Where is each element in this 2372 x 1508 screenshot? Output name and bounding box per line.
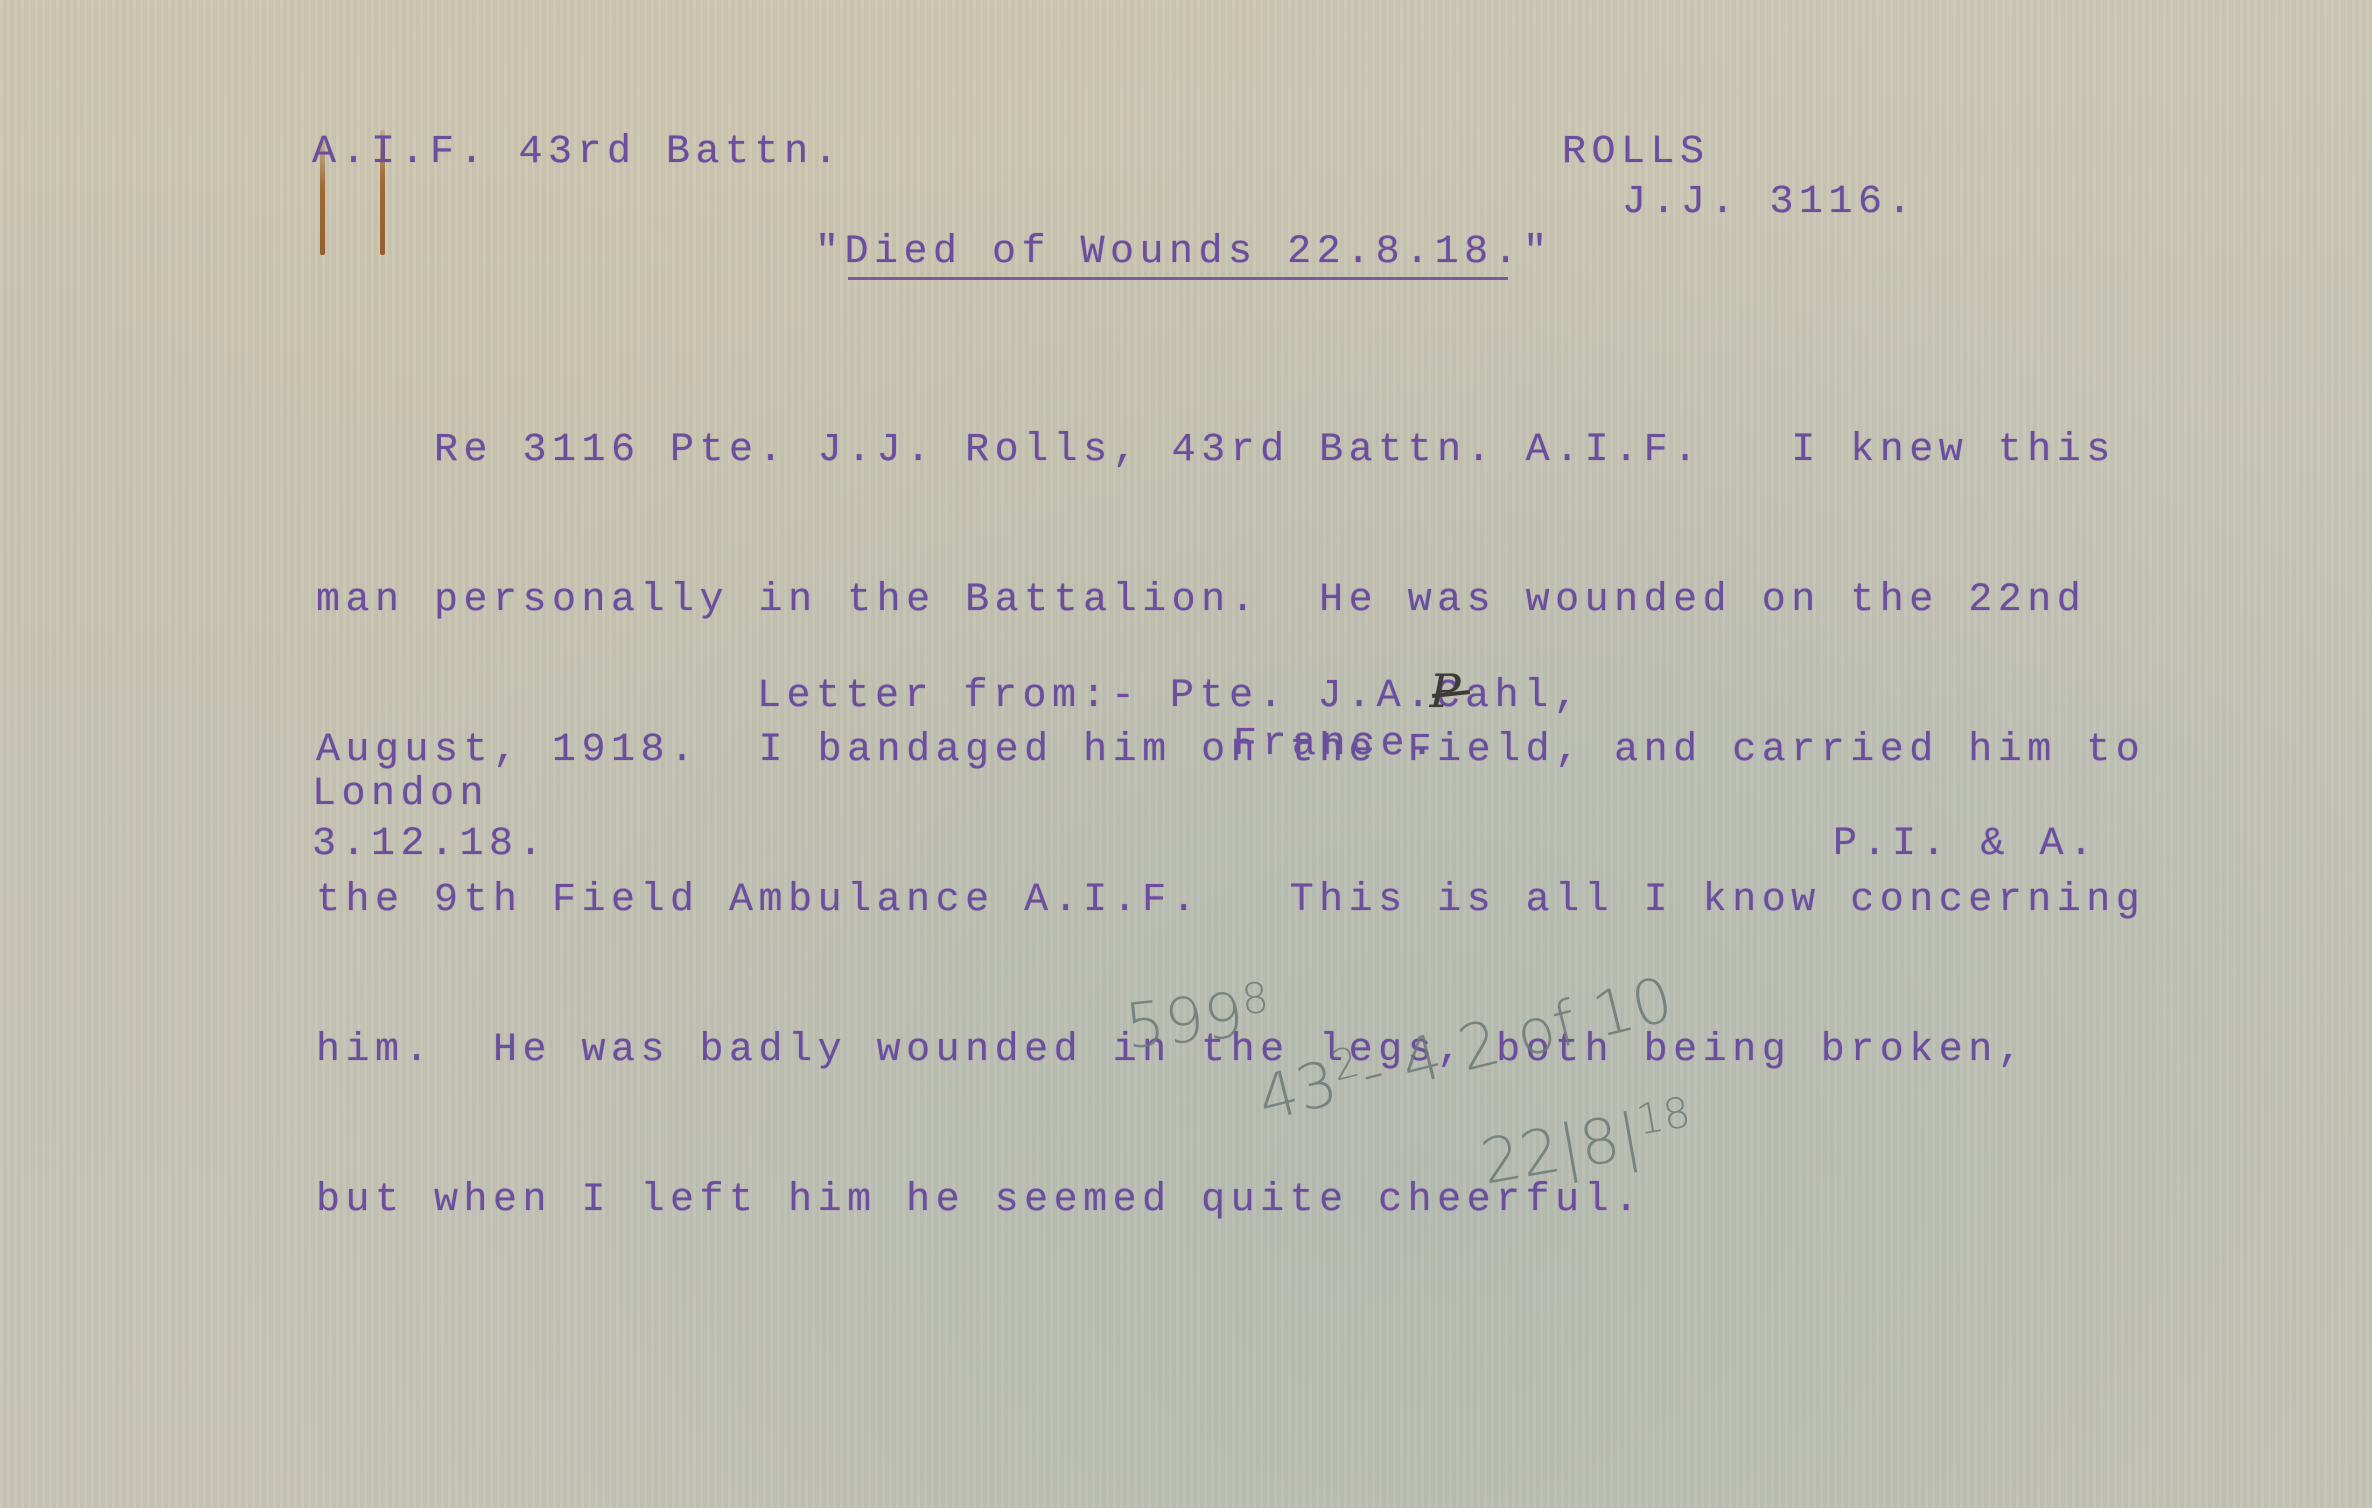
body-line: August, 1918. I bandaged him on the Fiel… <box>316 726 2145 776</box>
name-correction: CP <box>1436 672 1466 722</box>
letter-location: France. <box>1233 720 1440 770</box>
place: London <box>312 770 489 820</box>
date: 3.12.18. <box>312 820 548 870</box>
letter-from-prefix: Letter from:- Pte. J.A. <box>757 674 1436 719</box>
document-title: "Died of Wounds 22.8.18." <box>815 228 1553 278</box>
body-line: but when I left him he seemed quite chee… <box>316 1176 2145 1226</box>
signoff: P.I. & A. <box>1833 820 2099 870</box>
pencil-number: 5998 <box>1121 973 1273 1063</box>
letter-from-suffix: ahl, <box>1465 674 1583 719</box>
body-line: Re 3116 Pte. J.J. Rolls, 43rd Battn. A.I… <box>316 426 2145 476</box>
title-underline <box>848 277 1508 280</box>
body-line: man personally in the Battalion. He was … <box>316 576 2145 626</box>
header-service-number: J.J. 3116. <box>1622 178 1917 228</box>
body-line: the 9th Field Ambulance A.I.F. This is a… <box>316 876 2145 926</box>
header-unit: A.I.F. 43rd Battn. <box>312 128 843 178</box>
letter-from: Letter from:- Pte. J.A.CPahl, <box>757 672 1583 722</box>
header-surname: ROLLS <box>1562 128 1710 178</box>
handwritten-correction: P <box>1430 666 1461 716</box>
statement-body: Re 3116 Pte. J.J. Rolls, 43rd Battn. A.I… <box>316 326 2145 1276</box>
